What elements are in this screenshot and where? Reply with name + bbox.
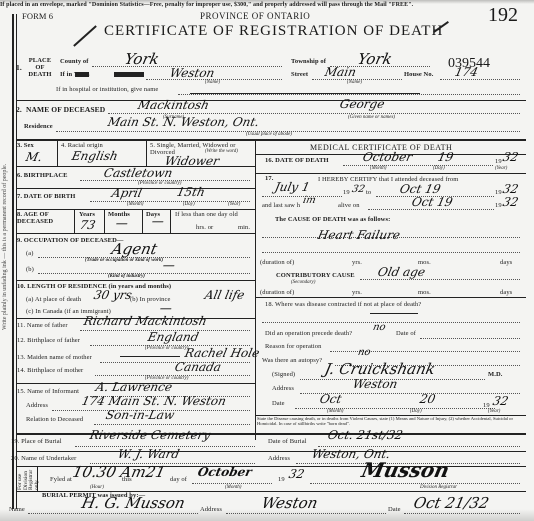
cell-divider: [74, 209, 75, 233]
occupation-a-label: (a): [26, 250, 34, 257]
undertaker-address-label: Address: [268, 455, 290, 462]
rule: [16, 139, 526, 141]
left-border: [12, 14, 14, 509]
caption: (Secondary): [291, 280, 315, 285]
industry-value: —: [162, 258, 177, 272]
operation-label: Did an operation precede death?: [265, 330, 352, 337]
operation-reason-label: Reason for operation: [265, 343, 322, 350]
dotted-line: [108, 113, 520, 114]
filed-year-value: 32: [288, 467, 306, 481]
permit-address-value: Weston: [260, 494, 319, 512]
dotted-line: [192, 483, 272, 484]
year-prefix: 19: [343, 189, 350, 196]
caption: (Name): [347, 80, 362, 85]
this-label: this: [122, 476, 132, 483]
physician-address-label: Address: [272, 385, 294, 392]
to-label: to: [366, 189, 371, 196]
redaction: [114, 72, 144, 77]
attended-to-value: Oct 19: [399, 182, 442, 196]
physician-date-month: Oct: [319, 392, 343, 406]
dotted-line: [28, 513, 198, 514]
last-saw-label: and last saw h: [262, 202, 300, 209]
disease-contracted-label: 18. Where was disease contracted if not …: [265, 301, 421, 308]
dotted-line: [178, 94, 520, 95]
autopsy-value: no: [357, 347, 372, 358]
township-value: York: [356, 50, 394, 68]
cell-divider: [170, 209, 171, 233]
caption: (Year): [488, 409, 500, 414]
birthplace-value: Castletown: [103, 166, 174, 180]
days-label: days: [500, 289, 512, 296]
age-months-value: —: [115, 216, 130, 230]
dotted-line: [310, 483, 520, 484]
occupation-value: Agent: [110, 240, 159, 258]
house-label: House No.: [404, 71, 433, 78]
filed-at-label: Fyled at: [50, 476, 72, 483]
dob-month-value: April: [111, 186, 144, 200]
burial-date-value: Oct. 21st/32: [327, 428, 405, 442]
caption: (Month): [327, 409, 343, 414]
caption: (Year): [495, 166, 507, 171]
item-number: 2.: [16, 105, 22, 114]
racial-origin-label: 4. Racial origin: [61, 142, 103, 149]
relation-label: Relation to Deceased: [26, 416, 83, 423]
province-heading: PROVINCE OF ONTARIO: [200, 11, 310, 21]
caption: (Usual place of abode): [246, 132, 292, 137]
age-years-value: 73: [79, 218, 97, 232]
permit-address-label: Address: [200, 506, 222, 513]
caption: (Year): [228, 202, 240, 207]
informant-label: 15. Name of Informant: [17, 388, 79, 395]
filed-hour-value: 10.30 Am.: [71, 463, 152, 481]
caption: (Day): [433, 166, 445, 171]
autopsy-label: Was there an autopsy?: [262, 357, 322, 364]
hospital-label: If in hospital or institution, give name: [56, 86, 158, 93]
residence-value: Main St. N. Weston, Ont.: [107, 115, 261, 129]
attended-from-year: 32: [351, 184, 366, 195]
rule: [16, 233, 255, 234]
alive-on-label: alive on: [338, 202, 360, 209]
dotted-line: [262, 252, 520, 253]
physician-address-value: Weston: [352, 377, 399, 391]
item-number: 1.: [16, 63, 22, 72]
caption: (Month): [225, 485, 241, 490]
permit-date-label: Date: [388, 506, 401, 513]
year-prefix: 19: [483, 402, 490, 409]
street-value: Main: [324, 65, 358, 79]
cell-divider: [104, 209, 105, 233]
cell-divider: [57, 140, 58, 166]
column-divider: [255, 140, 256, 440]
at-place-label: (a) At place of death: [26, 296, 81, 303]
dod-day-value: 19: [437, 150, 455, 164]
dotted-line: [262, 196, 342, 197]
duration-label: (duration of): [260, 259, 294, 266]
caption: (Hour): [90, 485, 104, 490]
dotted-line: [440, 79, 520, 80]
caption: (Province or country): [138, 181, 181, 186]
caption: (Given name or names): [348, 115, 395, 120]
physician-signature: J. Cruickshank: [323, 360, 437, 378]
age-label: 8. AGE OF DECEASED: [17, 211, 65, 225]
father-name-value: Richard Mackintosh: [83, 314, 209, 328]
relation-value: Son-in-Law: [105, 408, 176, 422]
occupation-label: 9. OCCUPATION OF DECEASED—: [17, 237, 124, 244]
county-value: York: [123, 50, 161, 68]
age-days-value: —: [151, 214, 166, 228]
yrs-label: yrs.: [352, 259, 362, 266]
date-of-death-label: 16. DATE OF DEATH: [265, 157, 329, 164]
signed-label: (Signed): [272, 371, 295, 378]
permit-name-value: H. G. Musson: [80, 494, 187, 512]
informant-value: A. Lawrence: [95, 380, 174, 394]
informant-address-value: 174 Main St. N. Weston: [81, 394, 228, 408]
physician-date-label: Date: [272, 400, 285, 407]
house-number-value: 174: [454, 65, 480, 79]
given-name-value: George: [339, 97, 386, 111]
town-value: Weston: [169, 66, 216, 80]
year-prefix: 19: [278, 476, 285, 483]
caption: (Month): [127, 202, 143, 207]
informant-address-label: Address: [26, 402, 48, 409]
caption: Division Registrar: [420, 485, 457, 490]
contributory-cause-value: Old age: [377, 265, 427, 279]
rule: [16, 451, 526, 452]
hrs-label: hrs. or: [196, 224, 213, 231]
pronoun-value: im: [302, 195, 317, 206]
alive-year: 32: [502, 195, 520, 209]
dotted-line: [94, 424, 250, 425]
undertaker-value: W. J. Ward: [117, 447, 181, 461]
mother-name-value: Rachel Hole: [184, 346, 261, 360]
mother-birthplace-label: 14. Birthplace of mother: [17, 367, 83, 374]
dotted-line: [262, 322, 520, 323]
dotted-line: [368, 209, 494, 210]
redaction: [75, 72, 89, 77]
father-birthplace-value: England: [147, 330, 201, 344]
rule: [255, 173, 526, 174]
cause-value: Heart Failure: [317, 228, 402, 242]
occupation-b-label: (b): [26, 266, 34, 273]
dash-line: [370, 313, 418, 314]
page-number: 192: [488, 4, 518, 27]
contributory-cause-label: CONTRIBUTORY CAUSE: [276, 272, 355, 279]
cell-divider: [142, 209, 143, 233]
dotted-line: [343, 165, 493, 166]
mother-name-label: 13. Maiden name of mother: [17, 354, 92, 361]
permit-date-value: Oct 21/32: [412, 494, 491, 512]
registrar-side-label: For use Division Registrar only: [18, 466, 40, 490]
caption: (Trade or occupation or kind of work): [85, 258, 163, 263]
less-than-day-label: If less than one day old: [175, 211, 238, 218]
instruction-note: State the Disease causing death, or in d…: [257, 416, 525, 427]
dotted-line: [360, 279, 520, 280]
item-number: 17.: [265, 175, 273, 182]
operation-value: no: [372, 322, 387, 333]
years-label: Years: [79, 211, 95, 218]
dotted-line: [295, 408, 495, 409]
burial-place-label: 19. Place of Burial: [11, 438, 62, 445]
caption: (Province or country): [145, 346, 188, 351]
birthplace-label: 6. BIRTHPLACE: [17, 172, 68, 179]
duration-label: (duration of): [260, 289, 294, 296]
filed-day-value: 21: [144, 463, 167, 481]
mail-notice: If placed in an envelope, marked "Domini…: [0, 2, 413, 8]
check-mark: [73, 25, 97, 47]
caption: (Month): [370, 166, 386, 171]
cell-divider: [146, 140, 147, 166]
rule: [16, 100, 526, 101]
min-label: min.: [238, 224, 250, 231]
racial-origin-value: English: [71, 149, 120, 163]
yrs-label: yrs.: [352, 289, 362, 296]
county-label: County of: [60, 58, 89, 65]
md-label: M.D.: [488, 371, 502, 378]
strike-line: [120, 356, 180, 357]
cause-label: The CAUSE OF DEATH was as follows:: [275, 216, 390, 223]
rule: [16, 280, 255, 281]
margin-instruction: Write plainly in unfading ink — this is …: [2, 164, 8, 330]
burial-place-value: Riverside Cemetery: [89, 428, 212, 442]
date-of-birth-label: 7. DATE OF BIRTH: [17, 193, 75, 200]
physician-date-year: 32: [492, 394, 510, 408]
caption: (Kind of industry): [108, 274, 145, 279]
in-canada-value: —: [159, 301, 174, 315]
dotted-line: [420, 338, 520, 339]
attended-from-value: July 1: [274, 180, 312, 194]
at-place-value: 30 yrs: [93, 288, 134, 302]
dob-day-value: 15th: [176, 185, 207, 199]
day-of-label: day of: [170, 476, 187, 483]
physician-date-day: 20: [419, 392, 437, 406]
dotted-line: [226, 513, 386, 514]
alive-on-value: Oct 19: [411, 195, 454, 209]
rule: [16, 209, 255, 210]
dod-year-value: 32: [502, 150, 520, 164]
dotted-line: [404, 513, 520, 514]
surname-value: Mackintosh: [137, 98, 211, 112]
permit-name-label: Name: [9, 506, 25, 513]
form-label: FORM 6: [22, 11, 53, 21]
registrar-signature: Musson: [359, 458, 451, 482]
certificate-title: CERTIFICATE OF REGISTRATION OF DEATH: [104, 23, 443, 40]
township-label: Township of: [291, 58, 326, 65]
mother-birthplace-value: Canada: [174, 360, 223, 374]
operation-date-label: Date of: [396, 330, 416, 337]
days-label: days: [500, 259, 512, 266]
father-name-label: 11. Name of father: [17, 322, 68, 329]
filed-month-value: October: [197, 465, 254, 479]
name-of-deceased-label: NAME OF DECEASED: [26, 105, 105, 114]
dotted-line: [90, 201, 250, 202]
sex-label: 3. Sex: [17, 142, 34, 149]
burial-date-label: Date of Burial: [268, 438, 307, 445]
place-of-death-label: PLACE OF DEATH: [26, 57, 54, 78]
in-province-value: All life: [204, 288, 246, 302]
sex-value: M.: [25, 150, 44, 164]
caption: (Name): [205, 80, 220, 85]
father-birthplace-label: 12. Birthplace of father: [17, 337, 80, 344]
attended-to-year: 32: [502, 182, 520, 196]
caption: (Day): [183, 202, 195, 207]
strike-line: [190, 93, 420, 94]
death-certificate: Write plainly in unfading ink — this is …: [0, 0, 534, 521]
mos-label: mos.: [418, 289, 431, 296]
caption: (Day): [410, 409, 422, 414]
undertaker-label: 20. Name of Undertaker: [11, 455, 76, 462]
street-label: Street: [291, 71, 308, 78]
rule: [255, 297, 526, 298]
residence-label: Residence: [24, 123, 53, 130]
dod-month-value: October: [362, 150, 414, 164]
